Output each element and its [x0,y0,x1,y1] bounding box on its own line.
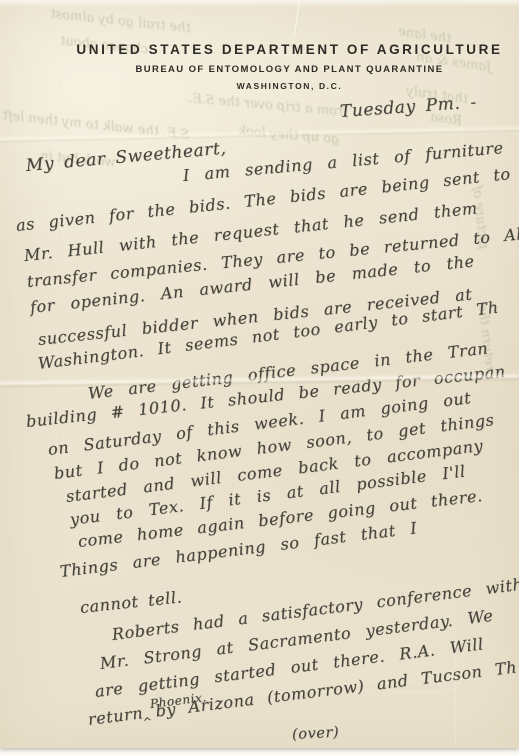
letter-paper: the trail go by almost chance about the … [0,0,519,748]
paper-crease [293,0,303,38]
letterhead: UNITED STATES DEPARTMENT OF AGRICULTURE … [62,42,517,91]
letterhead-city: WASHINGTON, D.C. [62,81,517,91]
scanned-letter: the trail go by almost chance about the … [0,0,519,756]
letterhead-bureau: BUREAU OF ENTOMOLOGY AND PLANT QUARANTIN… [62,64,517,75]
ghost-line: go up they look [238,124,340,148]
handwritten-date: Tuesday Pm. - [339,92,477,122]
ghost-line: the trail go by almost [50,7,192,37]
insertion-caret: ^ [142,715,153,729]
ghost-line: S.E. the walk to my then left [2,108,190,143]
handwritten-line: cannot tell. [79,587,183,617]
paper-crease [0,124,519,143]
page-turn-note: (over) [292,725,340,743]
paper-edge-highlight [0,0,519,7]
letterhead-department: UNITED STATES DEPARTMENT OF AGRICULTURE [62,42,517,57]
ghost-line: from a trip over the S.E. [188,91,349,120]
